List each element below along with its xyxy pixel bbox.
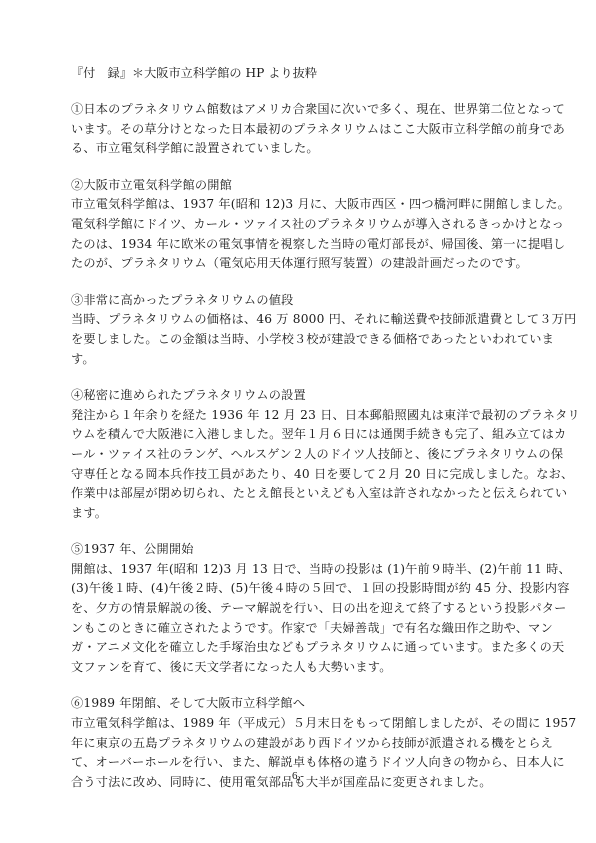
- paragraph-line: 作業中は部屋が閉め切られ、たとえ館長といえども入室は許されなかったと伝えられてい: [71, 484, 531, 504]
- paragraph-line: たのが、プラネタリウム（電気応用天体運行照写装置）の建設計画だったのです。: [71, 254, 531, 274]
- paragraph-line: す。: [71, 350, 531, 370]
- paragraph-line: (3)午後１時、(4)午後２時、(5)午後４時の５回で、１回の投影時間が約 45…: [71, 579, 531, 599]
- paragraph-line: 市立電気科学館は、1989 年（平成元）５月末日をもって閉館しましたが、その間に…: [71, 714, 531, 734]
- section-3: ③非常に高かったプラネタリウムの値段 当時、プラネタリウムの価格は、46 万 8…: [71, 291, 531, 369]
- paragraph-line: ール・ツァイス社のランゲ、ヘルスゲン２人のドイツ人技師と、後にプラネタリウムの保: [71, 445, 531, 465]
- paragraph-line: ンもこのときに確立されたようです。作家で「夫婦善哉」で有名な織田作之助や、マン: [71, 619, 531, 639]
- paragraph-line: 発注から１年余りを経た 1936 年 12 月 23 日、日本郵船照國丸は東洋で…: [71, 406, 531, 426]
- paragraph-line: ガ・アニメ文化を確立した手塚治虫などもプラネタリウムに通っています。また多くの天: [71, 638, 531, 658]
- paragraph-line: たのは、1934 年に欧米の電気事情を視察した当時の電灯部長が、帰国後、第一に提…: [71, 235, 531, 255]
- page-number: 6 -: [0, 770, 596, 782]
- section-heading: ⑤1937 年、公開開始: [71, 540, 531, 560]
- section-heading: ⑥1989 年閉館、そして大阪市立科学館へ: [71, 694, 531, 714]
- paragraph-line: を要しました。この金額は当時、小学校３校が建設できる価格であったといわれていま: [71, 330, 531, 350]
- paragraph-line: 電気科学館にドイツ、カール・ツァイス社のプラネタリウムが導入されるきっかけとなっ: [71, 215, 531, 235]
- section-2: ②大阪市立電気科学館の開館 市立電気科学館は、1937 年(昭和 12)3 月に…: [71, 176, 531, 274]
- paragraph-line: 年に東京の五島プラネタリウムの建設があり西ドイツから技師が派遣される機をとらえ: [71, 734, 531, 754]
- section-5: ⑤1937 年、公開開始 開館は、1937 年(昭和 12)3 月 13 日で、…: [71, 540, 531, 677]
- paragraph-line: 文ファンを育て、後に天文学者になった人も大勢います。: [71, 658, 531, 678]
- document-title: 『付 録』＊大阪市立科学館の HP より抜粋: [71, 64, 531, 83]
- paragraph-line: います。その草分けとなった日本最初のプラネタリウムはここ大阪市立科学館の前身であ: [71, 120, 531, 140]
- section-heading: ②大阪市立電気科学館の開館: [71, 176, 531, 196]
- paragraph-line: ます。: [71, 504, 531, 524]
- paragraph-line: 市立電気科学館は、1937 年(昭和 12)3 月に、大阪市西区・四つ橋河畔に開…: [71, 195, 531, 215]
- paragraph-line: る、市立電気科学館に設置されていました。: [71, 139, 531, 159]
- paragraph-line: ①日本のプラネタリウム館数はアメリカ合衆国に次いで多く、現在、世界第二位となって: [71, 100, 531, 120]
- section-1: ①日本のプラネタリウム館数はアメリカ合衆国に次いで多く、現在、世界第二位となって…: [71, 100, 531, 159]
- paragraph-line: ウムを積んで大阪港に入港しました。翌年１月６日には通関手続きも完了、組み立てはカ: [71, 425, 531, 445]
- document-page: 『付 録』＊大阪市立科学館の HP より抜粋 ①日本のプラネタリウム館数はアメリ…: [71, 64, 531, 809]
- paragraph-line: を、夕方の情景解説の後、テーマ解説を行い、日の出を迎えて終了するという投影パター: [71, 599, 531, 619]
- paragraph-line: 開館は、1937 年(昭和 12)3 月 13 日で、当時の投影は (1)午前９…: [71, 560, 531, 580]
- section-heading: ④秘密に進められたプラネタリウムの設置: [71, 386, 531, 406]
- section-4: ④秘密に進められたプラネタリウムの設置 発注から１年余りを経た 1936 年 1…: [71, 386, 531, 523]
- section-heading: ③非常に高かったプラネタリウムの値段: [71, 291, 531, 311]
- paragraph-line: 当時、プラネタリウムの価格は、46 万 8000 円、それに輸送費や技師派遣費と…: [71, 310, 531, 330]
- paragraph-line: 守専任となる岡本兵作技工員があたり、40 日を要して２月 20 日に完成しました…: [71, 465, 531, 485]
